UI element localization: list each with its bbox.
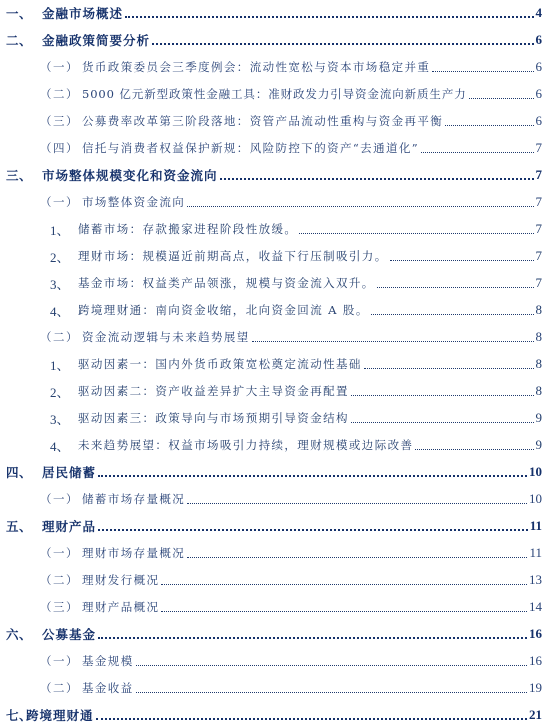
toc-number: （一） — [0, 545, 82, 561]
dot-leader — [98, 528, 528, 531]
toc-entry-section[interactable]: （一）理财市场存量概况11 — [0, 543, 548, 563]
toc-entry-section[interactable]: （一）储蓄市场存量概况10 — [0, 489, 548, 509]
toc-number: （一） — [0, 491, 82, 507]
toc-entry-chapter-6[interactable]: 六、公募基金16 — [0, 624, 548, 644]
toc-title: 驱动因素二：资产收益差异扩大主导资金再配置 — [78, 383, 349, 399]
toc-entry-item[interactable]: 4、跨境理财通：南向资金收缩，北向资金回流 A 股。8 — [0, 300, 548, 320]
dot-leader — [351, 421, 534, 423]
toc-entry-section[interactable]: （三）公募费率改革第三阶段落地：资管产品流动性重构与资金再平衡6 — [0, 111, 548, 131]
toc-title: 市场整体规模变化和资金流向 — [42, 166, 218, 184]
toc-title: 理财市场存量概况 — [82, 545, 185, 561]
toc-page-number: 10 — [529, 464, 548, 480]
toc-title: 理财产品 — [42, 517, 96, 535]
toc-number: 七、 — [0, 706, 26, 724]
toc-number: 1、 — [0, 220, 78, 239]
dot-leader — [220, 177, 534, 180]
toc-number: （一） — [0, 653, 82, 669]
toc-number: 二、 — [0, 31, 42, 49]
toc-page-number: 7 — [536, 248, 548, 264]
toc-page-number: 6 — [536, 59, 548, 75]
toc-number: 3、 — [0, 274, 78, 293]
toc-number: （二） — [0, 572, 82, 588]
toc-title: 市场整体资金流向 — [82, 194, 185, 210]
toc-number: （三） — [0, 599, 82, 615]
toc-page-number: 7 — [536, 275, 548, 291]
toc-title: 货币政策委员会三季度例会：流动性宽松与资本市场稳定并重 — [82, 59, 430, 75]
dot-leader — [299, 232, 533, 234]
toc-page-number: 8 — [536, 329, 548, 345]
dot-leader — [371, 313, 534, 315]
toc-title: 金融政策简要分析 — [42, 31, 150, 49]
dot-leader — [98, 474, 527, 477]
toc-number: （四） — [0, 140, 82, 156]
toc-title: 驱动因素三：政策导向与市场预期引导资金结构 — [78, 410, 349, 426]
toc-page-number: 7 — [536, 194, 548, 210]
toc-title: 5000 亿元新型政策性金融工具：准财政发力引导资金流向新质生产力 — [82, 86, 467, 102]
toc-title: 跨境理财通：南向资金收缩，北向资金回流 A 股。 — [78, 302, 369, 318]
toc-page-number: 8 — [536, 302, 548, 318]
toc-entry-chapter-2[interactable]: 二、金融政策简要分析6 — [0, 30, 548, 50]
dot-leader — [252, 340, 534, 342]
toc-page-number: 7 — [536, 167, 548, 183]
toc-page-number: 8 — [536, 383, 548, 399]
dot-leader — [351, 394, 534, 396]
dot-leader — [187, 205, 533, 207]
dot-leader — [96, 717, 527, 720]
toc-entry-chapter-1[interactable]: 一、金融市场概述4 — [0, 3, 548, 23]
toc-title: 理财产品概况 — [82, 599, 159, 615]
toc-title: 金融市场概述 — [42, 4, 123, 22]
toc-page-number: 7 — [536, 140, 548, 156]
toc-number: 四、 — [0, 463, 42, 481]
toc-number: 4、 — [0, 301, 78, 320]
toc-page-number: 21 — [529, 707, 548, 723]
toc-page-number: 13 — [529, 572, 548, 588]
toc-number: 3、 — [0, 409, 78, 428]
toc-page-number: 4 — [536, 5, 548, 21]
toc-entry-item[interactable]: 2、理财市场：规模逼近前期高点，收益下行压制吸引力。7 — [0, 246, 548, 266]
toc-number: 三、 — [0, 166, 42, 184]
toc-number: 五、 — [0, 517, 42, 535]
toc-number: （一） — [0, 194, 82, 210]
toc-entry-item[interactable]: 3、驱动因素三：政策导向与市场预期引导资金结构9 — [0, 408, 548, 428]
toc-number: （二） — [0, 329, 82, 345]
dot-leader — [161, 610, 527, 612]
toc-page-number: 11 — [529, 545, 548, 561]
toc-entry-section[interactable]: （二）5000 亿元新型政策性金融工具：准财政发力引导资金流向新质生产力6 — [0, 84, 548, 104]
toc-entry-item[interactable]: 2、驱动因素二：资产收益差异扩大主导资金再配置8 — [0, 381, 548, 401]
toc-title: 居民储蓄 — [42, 463, 96, 481]
toc-title: 信托与消费者权益保护新规：风险防控下的资产“去通道化” — [82, 140, 419, 156]
toc-number: （三） — [0, 113, 82, 129]
toc-page-number: 6 — [536, 86, 548, 102]
toc-entry-chapter-4[interactable]: 四、居民储蓄10 — [0, 462, 548, 482]
dot-leader — [161, 583, 527, 585]
toc-page-number: 6 — [536, 113, 548, 129]
toc-title: 基金规模 — [82, 653, 134, 669]
toc-number: 4、 — [0, 436, 78, 455]
toc-number: 2、 — [0, 382, 78, 401]
toc-page-number: 9 — [536, 437, 548, 453]
toc-title: 储蓄市场：存款搬家进程阶段性放缓。 — [78, 221, 297, 237]
toc-entry-chapter-7[interactable]: 七、跨境理财通21 — [0, 705, 548, 725]
toc-entry-section[interactable]: （二）基金收益19 — [0, 678, 548, 698]
toc-page-number: 16 — [529, 626, 548, 642]
toc-page-number: 14 — [529, 599, 548, 615]
toc-title: 基金市场：权益类产品领涨，规模与资金流入双升。 — [78, 275, 375, 291]
dot-leader — [421, 151, 533, 153]
dot-leader — [187, 556, 527, 558]
dot-leader — [415, 448, 533, 450]
toc-title: 公募费率改革第三阶段落地：资管产品流动性重构与资金再平衡 — [82, 113, 443, 129]
toc-number: （二） — [0, 680, 82, 696]
toc-entry-item[interactable]: 1、驱动因素一：国内外货币政策宽松奠定流动性基础8 — [0, 354, 548, 374]
toc-entry-chapter-3[interactable]: 三、市场整体规模变化和资金流向7 — [0, 165, 548, 185]
dot-leader — [187, 502, 527, 504]
toc-page-number: 16 — [529, 653, 548, 669]
toc-entry-section[interactable]: （一）货币政策委员会三季度例会：流动性宽松与资本市场稳定并重6 — [0, 57, 548, 77]
toc-entry-section[interactable]: （一）基金规模16 — [0, 651, 548, 671]
toc-entry-item[interactable]: 1、储蓄市场：存款搬家进程阶段性放缓。7 — [0, 219, 548, 239]
toc-title: 跨境理财通 — [26, 706, 94, 724]
toc-title: 公募基金 — [42, 625, 96, 643]
toc-number: 一、 — [0, 4, 42, 22]
toc-entry-section[interactable]: （二）理财发行概况13 — [0, 570, 548, 590]
toc-entry-item[interactable]: 4、未来趋势展望：权益市场吸引力持续，理财规模或边际改善9 — [0, 435, 548, 455]
toc-entry-section[interactable]: （二）资金流动逻辑与未来趋势展望8 — [0, 327, 548, 347]
toc-number: 1、 — [0, 355, 78, 374]
dot-leader — [432, 70, 533, 72]
toc-number: （一） — [0, 59, 82, 75]
toc-number: （二） — [0, 86, 82, 102]
dot-leader — [445, 124, 533, 126]
dot-leader — [469, 97, 534, 99]
toc-title: 储蓄市场存量概况 — [82, 491, 185, 507]
dot-leader — [136, 691, 527, 693]
toc-page-number: 8 — [536, 356, 548, 372]
toc-entry-section[interactable]: （一）市场整体资金流向7 — [0, 192, 548, 212]
toc-title: 未来趋势展望：权益市场吸引力持续，理财规模或边际改善 — [78, 437, 413, 453]
toc-page-number: 19 — [529, 680, 548, 696]
toc-number: 2、 — [0, 247, 78, 266]
toc-page-number: 6 — [536, 32, 548, 48]
toc-page-number: 11 — [530, 518, 548, 534]
toc-title: 理财市场：规模逼近前期高点，收益下行压制吸引力。 — [78, 248, 388, 264]
dot-leader — [377, 286, 534, 288]
toc-page-number: 7 — [536, 221, 548, 237]
toc-number: 六、 — [0, 625, 42, 643]
dot-leader — [390, 259, 534, 261]
toc-page-number: 9 — [536, 410, 548, 426]
dot-leader — [152, 42, 533, 45]
toc-title: 理财发行概况 — [82, 572, 159, 588]
toc-entry-item[interactable]: 3、基金市场：权益类产品领涨，规模与资金流入双升。7 — [0, 273, 548, 293]
toc-entry-section[interactable]: （四）信托与消费者权益保护新规：风险防控下的资产“去通道化”7 — [0, 138, 548, 158]
dot-leader — [136, 664, 527, 666]
toc-entry-chapter-5[interactable]: 五、理财产品11 — [0, 516, 548, 536]
dot-leader — [125, 15, 533, 18]
toc-page-number: 10 — [529, 491, 548, 507]
toc-entry-section[interactable]: （三）理财产品概况14 — [0, 597, 548, 617]
dot-leader — [98, 636, 527, 639]
toc-title: 基金收益 — [82, 680, 134, 696]
toc-title: 驱动因素一：国内外货币政策宽松奠定流动性基础 — [78, 356, 362, 372]
toc-title: 资金流动逻辑与未来趋势展望 — [82, 329, 250, 345]
dot-leader — [364, 367, 534, 369]
